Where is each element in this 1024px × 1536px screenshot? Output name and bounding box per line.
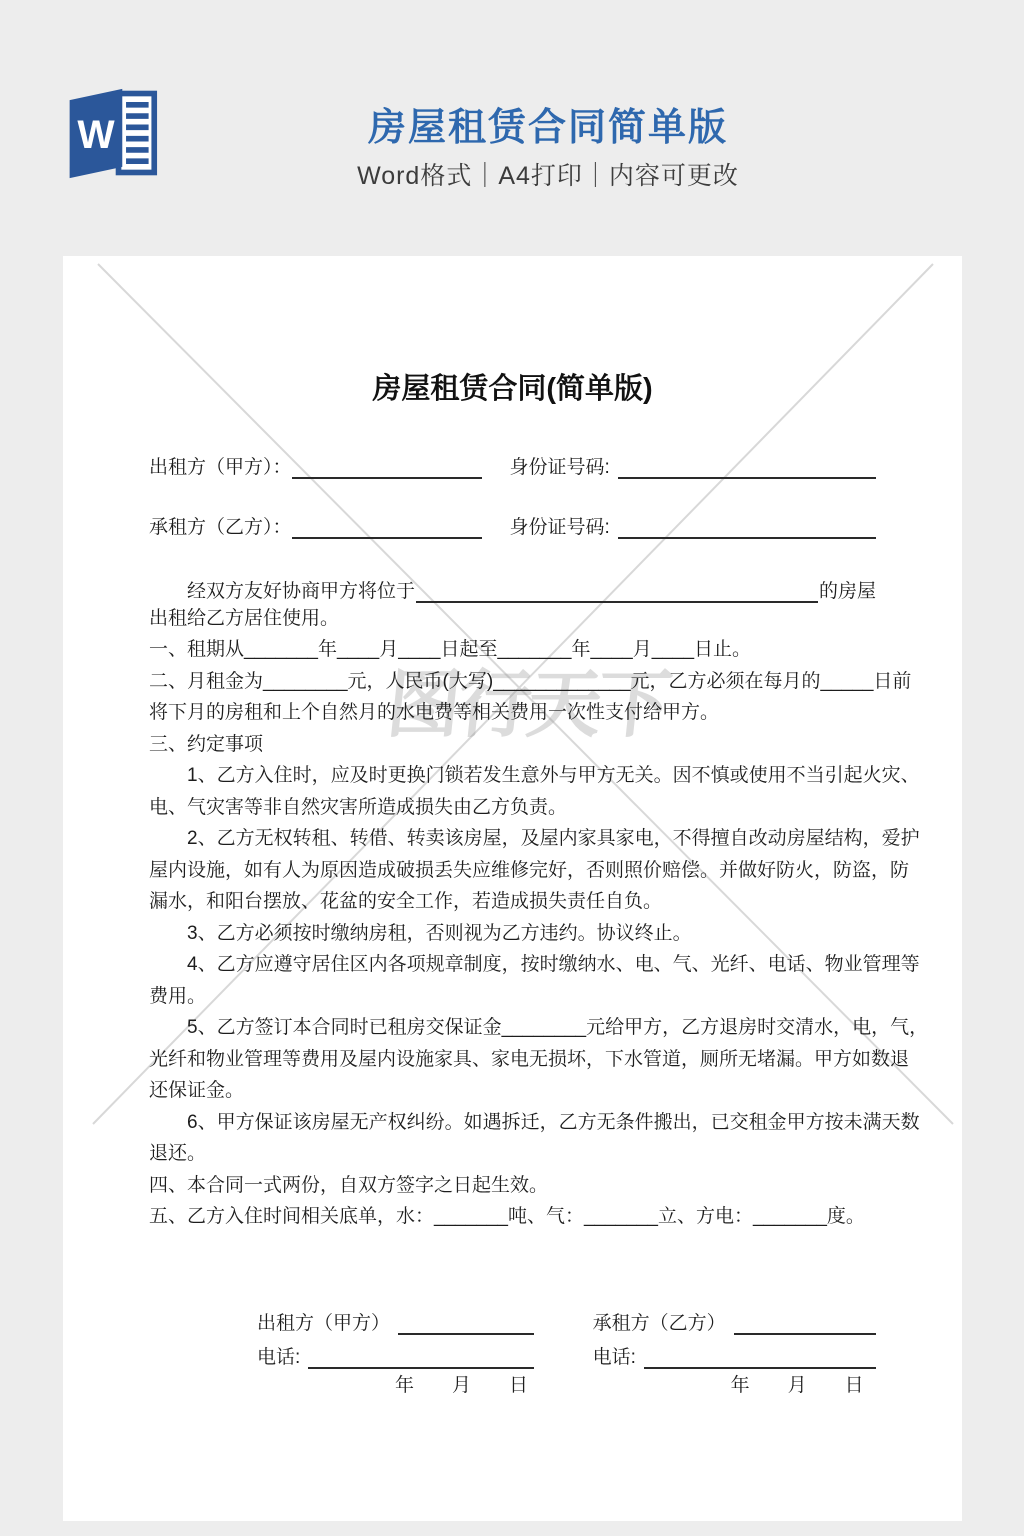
party-name-blank [292, 453, 482, 479]
signature-column-lessor: 出租方（甲方） 电话: 年 月 日 [257, 1301, 534, 1403]
site-header: W 房屋租赁合同简单版 Word格式｜A4打印｜内容可更改 [0, 0, 1024, 256]
intro-text-end: 的房屋 [819, 576, 876, 603]
party-label: 出租方（甲方）： [149, 452, 292, 479]
contract-line: 光纤和物业管理等费用及屋内设施家具、家电无损坏，下水管道，厕所无堵漏。甲方如数退 [149, 1044, 876, 1076]
signature-block: 出租方（甲方） 电话: 年 月 日 承租方（乙方） 电话: 年 [149, 1301, 876, 1403]
site-title: 房屋租赁合同简单版 [0, 96, 1024, 151]
screenshot-canvas: { "header": { "title": "房屋租赁合同简单版", "sub… [0, 0, 1024, 1536]
signature-name-label: 承租方（乙方） [593, 1308, 726, 1335]
id-number-label: 身份证号码: [510, 512, 610, 539]
contract-line: 电、气灾害等非自然灾害所造成损失由乙方负责。 [149, 792, 876, 824]
contract-line: 二、月租金为________元，人民币(大写)_____________元，乙方… [149, 666, 876, 698]
contract-line: 3、乙方必须按时缴纳房租，否则视为乙方违约。协议终止。 [149, 918, 876, 950]
contract-line: 一、租期从_______年____月____日起至_______年____月__… [149, 634, 876, 666]
contract-line-intro: 经双方友好协商甲方将位于 的房屋 [149, 571, 876, 603]
signature-name-blank [734, 1309, 876, 1335]
contract-line: 将下月的房租和上个自然月的水电费等相关费用一次性支付给甲方。 [149, 697, 876, 729]
site-subtitle: Word格式｜A4打印｜内容可更改 [0, 156, 1024, 192]
party-row-lessee: 承租方（乙方）： 身份证号码: [149, 507, 876, 539]
contract-line: 五、乙方入住时间相关底单，水：_______吨、气：_______立、方电：__… [149, 1201, 876, 1233]
contract-line: 4、乙方应遵守居住区内各项规章制度，按时缴纳水、电、气、光纤、电话、物业管理等 [149, 949, 876, 981]
phone-blank [644, 1343, 876, 1369]
signature-column-lessee: 承租方（乙方） 电话: 年 月 日 [593, 1301, 876, 1403]
party-name-blank [292, 513, 482, 539]
id-number-blank [618, 513, 876, 539]
contract-title: 房屋租赁合同(简单版) [149, 256, 876, 410]
contract-content: 房屋租赁合同(简单版) 出租方（甲方）： 身份证号码: 承租方（乙方）： 身份证… [63, 256, 962, 1403]
contract-line: 费用。 [149, 981, 876, 1013]
phone-blank [308, 1343, 533, 1369]
signature-date-row: 年 月 日 [257, 1369, 534, 1403]
contract-line: 还保证金。 [149, 1075, 876, 1107]
phone-label: 电话: [593, 1342, 636, 1369]
contract-line: 出租给乙方居住使用。 [149, 603, 876, 635]
contract-line: 2、乙方无权转租、转借、转卖该房屋，及屋内家具家电，不得擅自改动房屋结构，爱护 [149, 823, 876, 855]
id-number-blank [618, 453, 876, 479]
phone-label: 电话: [257, 1342, 300, 1369]
intro-text-start: 经双方友好协商甲方将位于 [149, 576, 415, 603]
address-blank [416, 577, 818, 603]
contract-line: 漏水，和阳台摆放、花盆的安全工作，若造成损失责任自负。 [149, 886, 876, 918]
document-page: 图行天下 房屋租赁合同(简单版) 出租方（甲方）： 身份证号码: 承租方（乙方）… [63, 256, 962, 1521]
contract-line: 四、本合同一式两份，自双方签字之日起生效。 [149, 1170, 876, 1202]
signature-date-row: 年 月 日 [593, 1369, 876, 1403]
party-row-lessor: 出租方（甲方）： 身份证号码: [149, 447, 876, 479]
signature-name-label: 出租方（甲方） [257, 1308, 390, 1335]
contract-line: 5、乙方签订本合同时已租房交保证金________元给甲方，乙方退房时交清水，电… [149, 1012, 876, 1044]
contract-line: 退还。 [149, 1138, 876, 1170]
signature-name-row: 出租方（甲方） [257, 1301, 534, 1335]
contract-line: 三、约定事项 [149, 729, 876, 761]
contract-line: 6、甲方保证该房屋无产权纠纷。如遇拆迁，乙方无条件搬出，已交租金甲方按未满天数 [149, 1107, 876, 1139]
signature-name-row: 承租方（乙方） [593, 1301, 876, 1335]
contract-line: 屋内设施，如有人为原因造成破损丢失应维修完好，否则照价赔偿。并做好防火，防盗，防 [149, 855, 876, 887]
signature-phone-row: 电话: [257, 1335, 534, 1369]
signature-name-blank [398, 1309, 534, 1335]
signature-phone-row: 电话: [593, 1335, 876, 1369]
id-number-label: 身份证号码: [510, 452, 610, 479]
contract-line: 1、乙方入住时，应及时更换门锁若发生意外与甲方无关。因不慎或使用不当引起火灾、 [149, 760, 876, 792]
party-label: 承租方（乙方）： [149, 512, 292, 539]
